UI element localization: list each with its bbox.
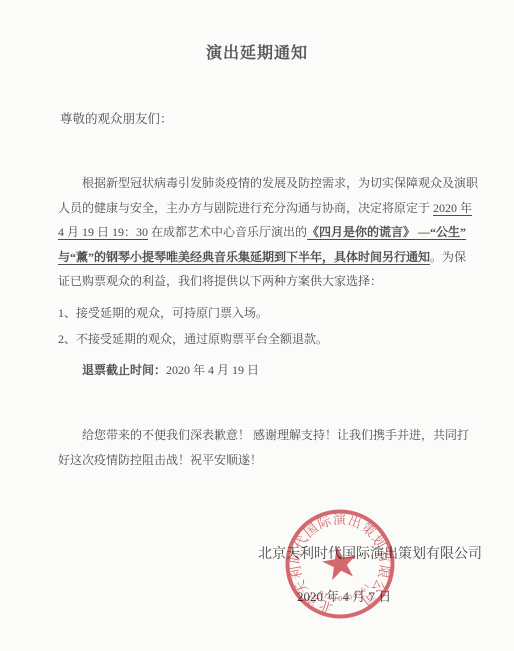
closing-text: 给您带来的不便我们深表歉意！ 感谢理解支持！让我们携手并进，共同打 [82, 428, 469, 442]
refund-deadline-label: 退票截止时间： [82, 363, 166, 377]
body-text: 根据新型冠状病毒引发肺炎疫情的发展及防控需求，为切实保障观众及演职 [82, 176, 478, 190]
body-text: 人员的健康与安全，主办方与剧院进行充分沟通与协商，决定将原定于 [58, 201, 433, 215]
closing-line: 给您带来的不便我们深表歉意！ 感谢理解支持！让我们携手并进，共同打 [58, 423, 482, 448]
closing-paragraph: 给您带来的不便我们深表歉意！ 感谢理解支持！让我们携手并进，共同打 好这次疫情防… [58, 423, 482, 472]
body-text: 。为保 [430, 250, 466, 264]
option-item-1: 1、接受延期的观众，可持原门票入场。 [58, 301, 482, 327]
underlined-date-text: 2020 年 [433, 201, 472, 215]
refund-deadline: 退票截止时间：2020 年 4 月 19 日 [82, 361, 259, 378]
closing-line: 好这次疫情防控阻击战！祝平安顺遂！ [58, 448, 482, 473]
body-line: 证已购票观众的利益，我们将提供以下两种方案供大家选择： [58, 269, 482, 294]
page-title: 演出延期通知 [0, 40, 514, 63]
body-text: 证已购票观众的利益，我们将提供以下两种方案供大家选择： [58, 274, 382, 288]
closing-text: 好这次疫情防控阻击战！祝平安顺遂！ [58, 453, 262, 467]
show-title-text: 与“薰”的钢琴小提琴唯美经典音乐集延期到下半年，具体时间另行通知 [58, 250, 430, 264]
underlined-date-text: 4 月 19 日 19：30 [58, 225, 148, 239]
notice-document-page: 演出延期通知 尊敬的观众朋友们： 根据新型冠状病毒引发肺炎疫情的发展及防控需求，… [0, 0, 514, 651]
salutation: 尊敬的观众朋友们： [60, 109, 173, 127]
options-list: 1、接受延期的观众，可持原门票入场。 2、不接受延期的观众，通过原购票平台全额退… [58, 301, 482, 352]
body-line: 与“薰”的钢琴小提琴唯美经典音乐集延期到下半年，具体时间另行通知。为保 [58, 245, 482, 270]
star-icon [320, 543, 359, 581]
body-line: 根据新型冠状病毒引发肺炎疫情的发展及防控需求，为切实保障观众及演职 [58, 171, 482, 196]
company-seal-stamp: 北京天利时代国际演出策划有限公司 01010104361 [281, 505, 399, 623]
body-line: 人员的健康与安全，主办方与剧院进行充分沟通与协商，决定将原定于 2020 年 [58, 196, 482, 221]
seal-graphic: 北京天利时代国际演出策划有限公司 01010104361 [281, 505, 399, 623]
body-paragraph: 根据新型冠状病毒引发肺炎疫情的发展及防控需求，为切实保障观众及演职 人员的健康与… [58, 171, 482, 294]
body-text: 在成都艺术中心音乐厅演出的 [148, 225, 307, 239]
show-title-text: 《四月是你的谎言》 —“公生” [307, 225, 466, 239]
option-item-2: 2、不接受延期的观众，通过原购票平台全额退款。 [58, 327, 482, 353]
body-line: 4 月 19 日 19：30 在成都艺术中心音乐厅演出的《四月是你的谎言》 —“… [58, 220, 482, 245]
refund-deadline-value: 2020 年 4 月 19 日 [166, 363, 259, 377]
